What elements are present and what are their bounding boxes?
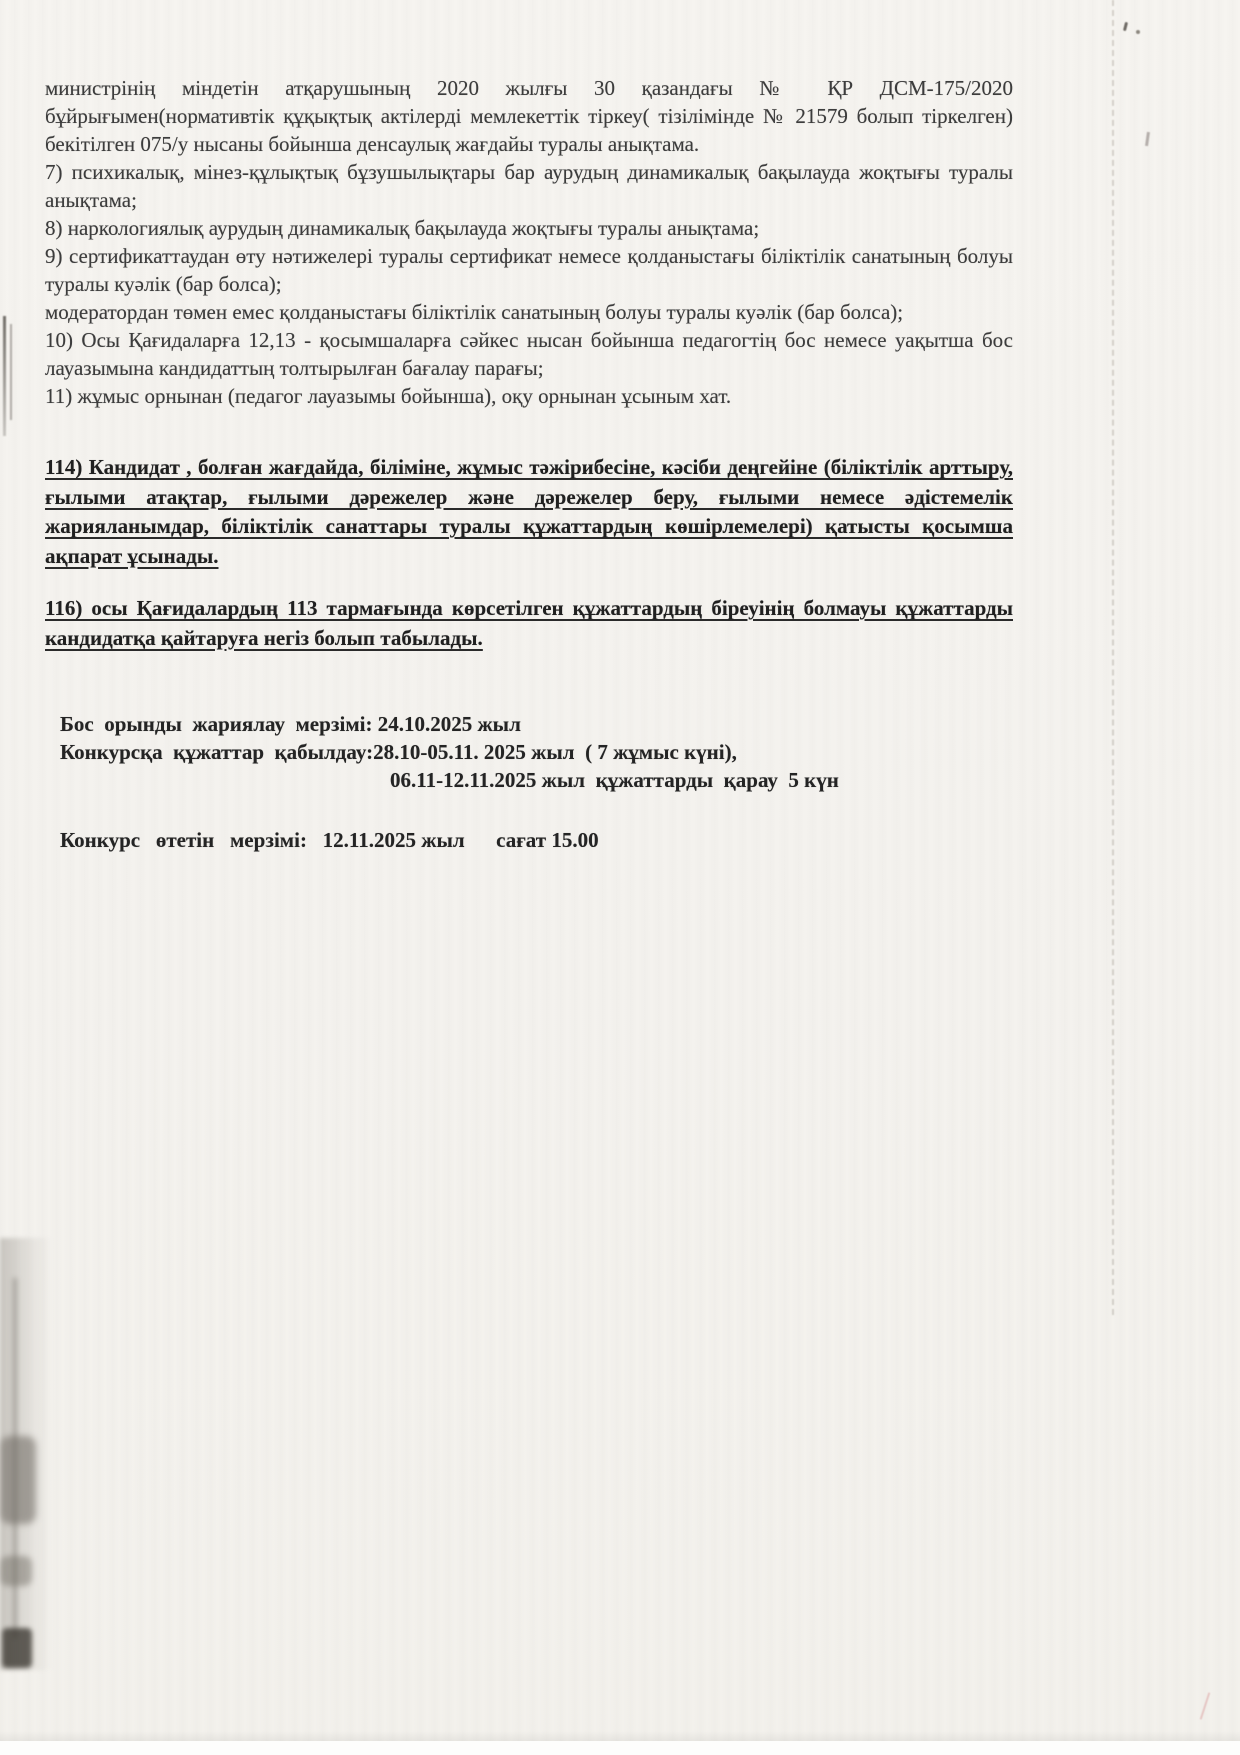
list-item-10: 10) Осы Қағидаларға 12,13 - қосымшаларға… [45, 326, 1013, 382]
scan-artifact-smudge-blob-2 [0, 1556, 32, 1586]
list-item-8: 8) наркологиялық аурудың динамикалық бақ… [45, 214, 1013, 242]
scan-artifact-left-stroke-2 [10, 324, 12, 420]
scan-artifact-smudge-blob-1 [0, 1436, 36, 1524]
scan-artifact-right-tick [1145, 132, 1150, 146]
scan-artifact-bottom-strip [0, 1741, 1240, 1755]
docs-review-line: 06.11-12.11.2025 жыл құжаттарды қарау 5 … [45, 766, 1013, 794]
scan-artifact-corner-mark [1123, 22, 1128, 31]
scan-artifact-corner-dot [1136, 30, 1140, 34]
list-item-9: 9) сертификаттаудан өту нәтижелері турал… [45, 242, 1013, 298]
scan-artifact-pink-mark [1200, 1692, 1211, 1719]
scan-artifact-left-strokes [0, 316, 20, 441]
dates-block: Бос орынды жариялау мерзімі: 24.10.2025 … [45, 710, 1013, 794]
clause-114: 114) Кандидат , болған жағдайда, білімін… [45, 453, 1013, 571]
list-item-11: 11) жұмыс орнынан (педагог лауазымы бойы… [45, 382, 1013, 410]
scan-artifact-left-stroke-1 [3, 316, 6, 436]
scan-artifact-dashed-edge-line [1112, 0, 1114, 1315]
docs-accept-line: Конкурсқа құжаттар қабылдау:28.10-05.11.… [45, 738, 1013, 766]
contest-date-line: Конкурс өтетін мерзімі: 12.11.2025 жыл с… [45, 826, 1013, 854]
paragraph-intro: министрінің міндетін атқарушының 2020 жы… [45, 74, 1013, 158]
moderator-line: модератордан төмен емес қолданыстағы біл… [45, 298, 1013, 326]
scan-artifact-smudge-blob-3 [2, 1628, 32, 1668]
vacancy-publish-date-line: Бос орынды жариялау мерзімі: 24.10.2025 … [45, 710, 1013, 738]
document-text-block: министрінің міндетін атқарушының 2020 жы… [45, 74, 1013, 854]
document-page: министрінің міндетін атқарушының 2020 жы… [0, 0, 1240, 1755]
scan-artifact-left-smudge-band [0, 1238, 52, 1670]
list-item-7: 7) психикалық, мінез-құлықтық бұзушылықт… [45, 158, 1013, 214]
scan-artifact-bottom-shadow [0, 1731, 1240, 1741]
clause-116: 116) осы Қағидалардың 113 тармағында көр… [45, 594, 1013, 653]
